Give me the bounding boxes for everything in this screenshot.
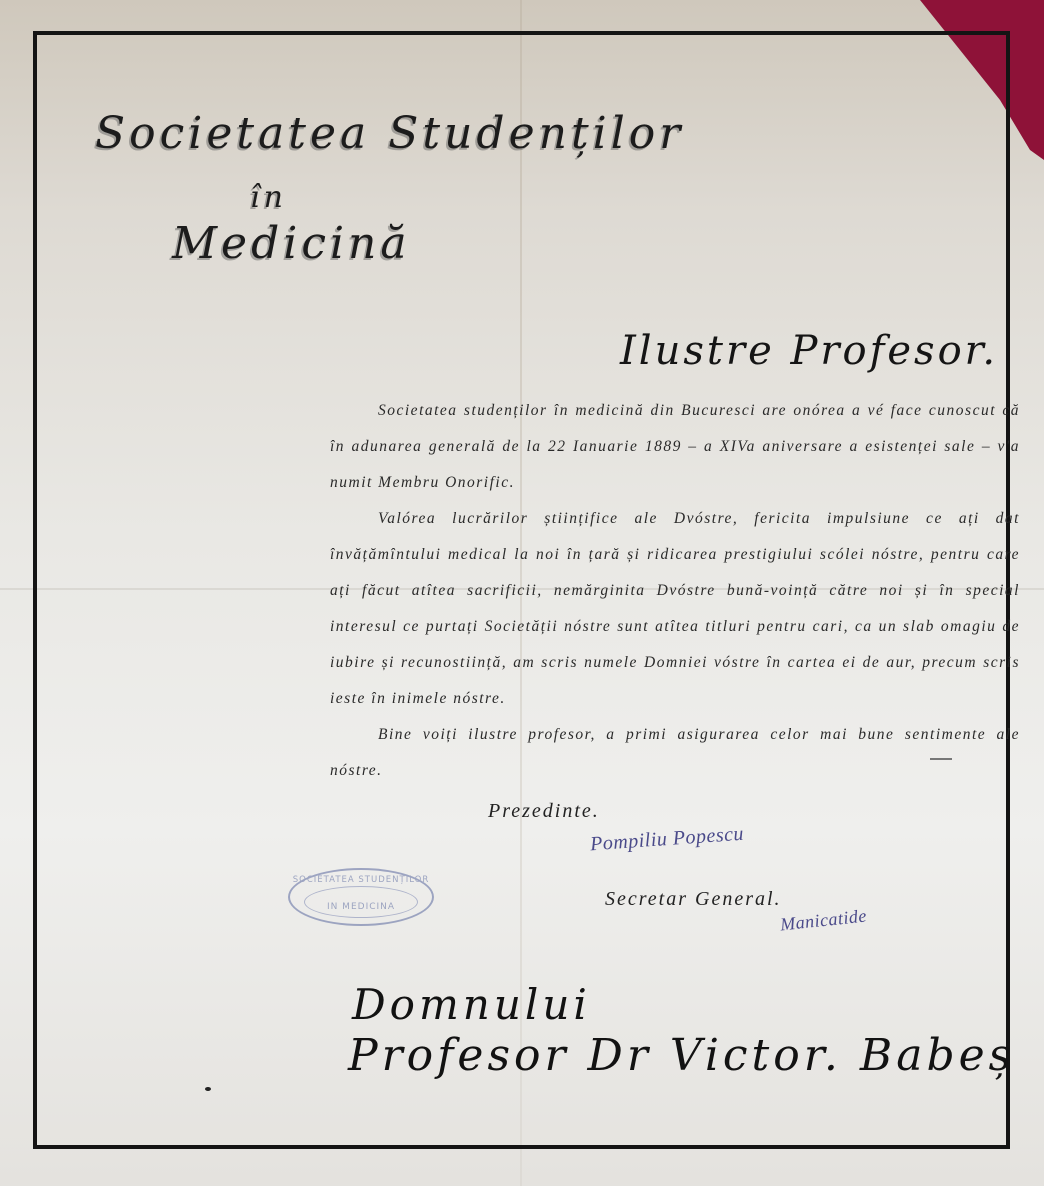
letter-body: Societatea studenților în medicină din B…	[330, 393, 1020, 789]
stamp-bottom-text: IN MEDICINA	[290, 902, 432, 912]
ink-mark	[930, 758, 952, 760]
society-title-line-1: Societatea Studenților	[95, 108, 684, 159]
society-stamp: SOCIETATEA STUDENȚILOR IN MEDICINA	[288, 868, 434, 926]
stamp-top-text: SOCIETATEA STUDENȚILOR	[290, 875, 432, 885]
addressee-line-1: Domnului	[352, 980, 591, 1029]
salutation: Ilustre Profesor.	[620, 328, 998, 374]
ink-spot	[205, 1087, 211, 1091]
society-title-line-2: în	[250, 180, 287, 215]
paragraph-3: Bine voiți ilustre profesor, a primi asi…	[330, 717, 1020, 789]
president-label: Prezedinte.	[488, 800, 600, 823]
society-title-line-3: Medicină	[172, 218, 411, 269]
paragraph-1: Societatea studenților în medicină din B…	[330, 393, 1020, 501]
secretary-label: Secretar General.	[605, 888, 782, 911]
addressee-line-2: Profesor Dr Victor. Babeș	[348, 1030, 1015, 1081]
paragraph-2: Valórea lucrărilor științifice ale Dvóst…	[330, 501, 1020, 717]
